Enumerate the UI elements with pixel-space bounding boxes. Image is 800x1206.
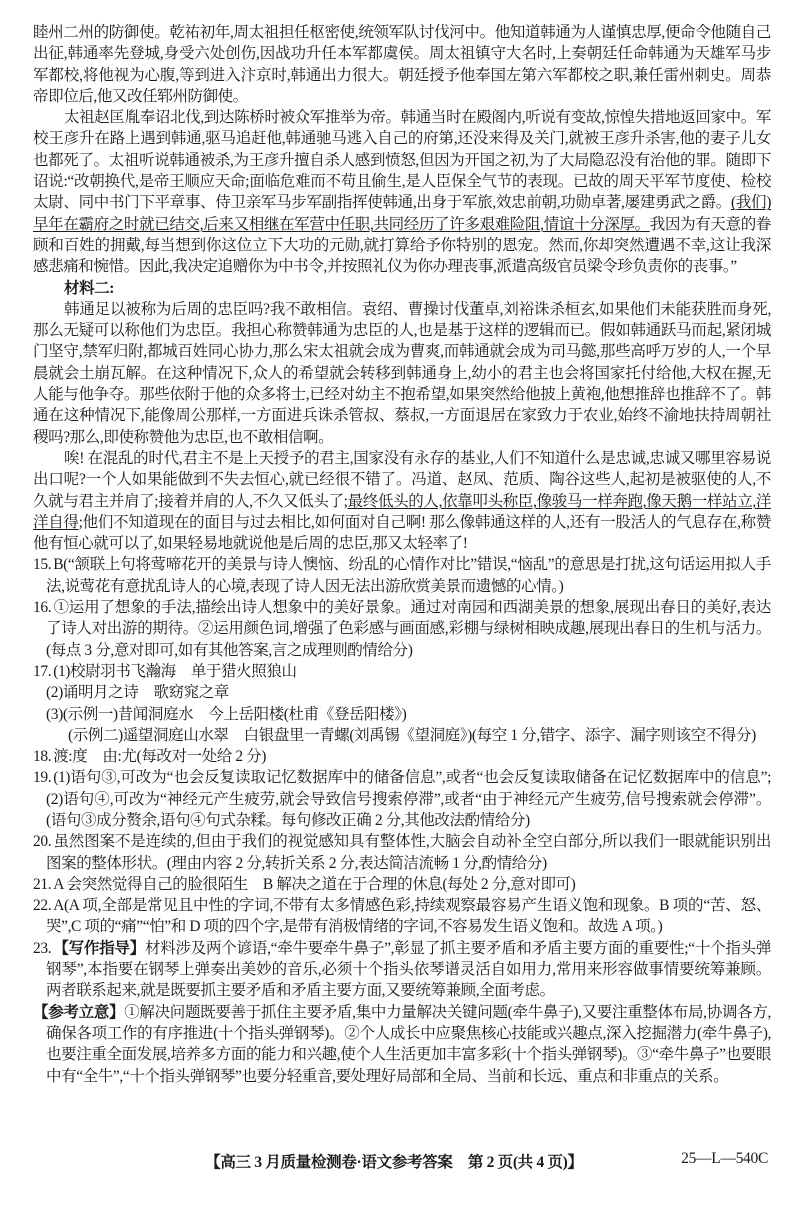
text-run: 韩通足以被称为后周的忠臣吗?我不敢相信。袁绍、曹操讨伐董卓,刘裕诛杀桓玄,如果他… (33, 301, 771, 446)
answer-item-17-sub-3-example-2: (示例二)遥望洞庭山水翠 白银盘里一青螺(刘禹锡《望洞庭》)(每空 1 分,错字… (68, 725, 771, 746)
item-number: 15. (33, 556, 53, 573)
text-run: (1)语句③,可改为“也会反复读取记忆数据库中的储备信息”,或者“也会反复读取储… (46, 769, 771, 829)
material-two-paragraph-2: 唉! 在混乱的时代,君主不是上天授予的君主,国家没有永存的基业,人们不知道什么是… (33, 448, 771, 554)
item-number: 18. (33, 748, 53, 765)
answer-item-17-sub-3: (3)(示例一)昔闻洞庭水 今上岳阳楼(杜甫《登岳阳楼》) (46, 704, 771, 725)
text-run: (3)(示例一)昔闻洞庭水 今上岳阳楼(杜甫《登岳阳楼》) (46, 706, 406, 723)
text-run: (1)校尉羽书飞瀚海 单于猎火照狼山 (53, 663, 296, 680)
item-number: 20. (33, 833, 53, 850)
item-number: 16. (33, 599, 53, 616)
answer-item-18: 18.渡:度 由:尤(每改对一处给 2 分) (33, 746, 771, 767)
item-number: 22. (33, 897, 53, 914)
answer-item-16: 16.①运用了想象的手法,描绘出诗人想象中的美好景象。通过对南园和西湖美景的想象… (33, 597, 771, 661)
answer-item-17-sub-2: (2)诵明月之诗 歌窈窕之章 (46, 682, 771, 703)
bold-label: 【参考立意】 (33, 1004, 124, 1021)
document-body: 睦州二州的防御使。乾祐初年,周太祖担任枢密使,统领军队讨伐河中。他知道韩通为人谨… (33, 22, 771, 1087)
answer-item-20: 20.虽然图案不是连续的,但由于我们的视觉感知具有整体性,大脑会自动补全空白部分… (33, 831, 771, 874)
text-run: (2)诵明月之诗 歌窈窕之章 (46, 684, 229, 701)
text-run: 太祖赵匡胤奉诏北伐,到达陈桥时被众军推举为帝。韩通当时在殿阁内,听说有变故,惊惶… (33, 109, 771, 211)
text-run: 睦州二州的防御使。乾祐初年,周太祖担任枢密使,统领军队讨伐河中。他知道韩通为人谨… (33, 24, 771, 105)
item-number: 21. (33, 876, 53, 893)
answer-item-22: 22.A(A 项,全部是常见且中性的字词,不带有太多情感色彩,持续观察最容易产生… (33, 895, 771, 938)
translation-paragraph-1: 睦州二州的防御使。乾祐初年,周太祖担任枢密使,统领军队讨伐河中。他知道韩通为人谨… (33, 22, 771, 107)
text-run: ;他们不知道现在的面目与过去相比,如何面对自己啊! 那么像韩通这样的人,还有一股… (33, 514, 771, 552)
item-number: 23. (33, 940, 53, 957)
text-run: ①解决问题既要善于抓住主要矛盾,集中力量解决关键问题(牵牛鼻子),又要注重整体布… (46, 1004, 771, 1085)
answer-item-21: 21.A 会突然觉得自己的脸很陌生 B 解决之道在于合理的休息(每处 2 分,意… (33, 874, 771, 895)
text-run: A 会突然觉得自己的脸很陌生 B 解决之道在于合理的休息(每处 2 分,意对即可… (53, 876, 575, 893)
text-run: 材料涉及两个谚语,“牵牛要牵牛鼻子”,彰显了抓主要矛盾和矛盾主要方面的重要性;“… (46, 940, 771, 1000)
material-two-heading: 材料二: (33, 278, 771, 299)
item-number: 17. (33, 663, 53, 680)
text-run: 渡:度 由:尤(每改对一处给 2 分) (53, 748, 266, 765)
footer-title: 【高三 3 月质量检测卷·语文参考答案 第 2 页(共 4 页)】 (205, 1150, 583, 1172)
bold-label: 【写作指导】 (53, 940, 145, 957)
bold-label: 材料二: (64, 280, 114, 297)
answer-item-19: 19.(1)语句③,可改为“也会反复读取记忆数据库中的储备信息”,或者“也会反复… (33, 767, 771, 831)
document-page: 睦州二州的防御使。乾祐初年,周太祖担任枢密使,统领军队讨伐河中。他知道韩通为人谨… (0, 0, 800, 1206)
item-number: 19. (33, 769, 53, 786)
page-footer: 【高三 3 月质量检测卷·语文参考答案 第 2 页(共 4 页)】 25—L—5… (33, 1150, 770, 1174)
text-run: B(“颔联上句将莺啼花开的美景与诗人懊恼、纷乱的心情作对比”错误,“恼乱”的意思… (46, 556, 771, 594)
answer-item-17: 17.(1)校尉羽书飞瀚海 单于猎火照狼山 (33, 661, 771, 682)
footer-code: 25—L—540C (681, 1150, 768, 1168)
material-two-paragraph-1: 韩通足以被称为后周的忠臣吗?我不敢相信。袁绍、曹操讨伐董卓,刘裕诛杀桓玄,如果他… (33, 299, 771, 448)
text-run: ①运用了想象的手法,描绘出诗人想象中的美好景象。通过对南园和西湖美景的想象,展现… (46, 599, 771, 659)
text-run: A(A 项,全部是常见且中性的字词,不带有太多情感色彩,持续观察最容易产生语义饱… (46, 897, 771, 935)
answer-item-15: 15.B(“颔联上句将莺啼花开的美景与诗人懊恼、纷乱的心情作对比”错误,“恼乱”… (33, 554, 771, 597)
translation-paragraph-2: 太祖赵匡胤奉诏北伐,到达陈桥时被众军推举为帝。韩通当时在殿阁内,听说有变故,惊惶… (33, 107, 771, 277)
text-run: 虽然图案不是连续的,但由于我们的视觉感知具有整体性,大脑会自动补全空白部分,所以… (46, 833, 771, 871)
text-run: (示例二)遥望洞庭山水翠 白银盘里一青螺(刘禹锡《望洞庭》)(每空 1 分,错字… (68, 727, 756, 744)
answer-item-23: 23.【写作指导】材料涉及两个谚语,“牵牛要牵牛鼻子”,彰显了抓主要矛盾和矛盾主… (33, 938, 771, 1002)
answer-item-23-intent: 【参考立意】①解决问题既要善于抓住主要矛盾,集中力量解决关键问题(牵牛鼻子),又… (33, 1002, 771, 1087)
